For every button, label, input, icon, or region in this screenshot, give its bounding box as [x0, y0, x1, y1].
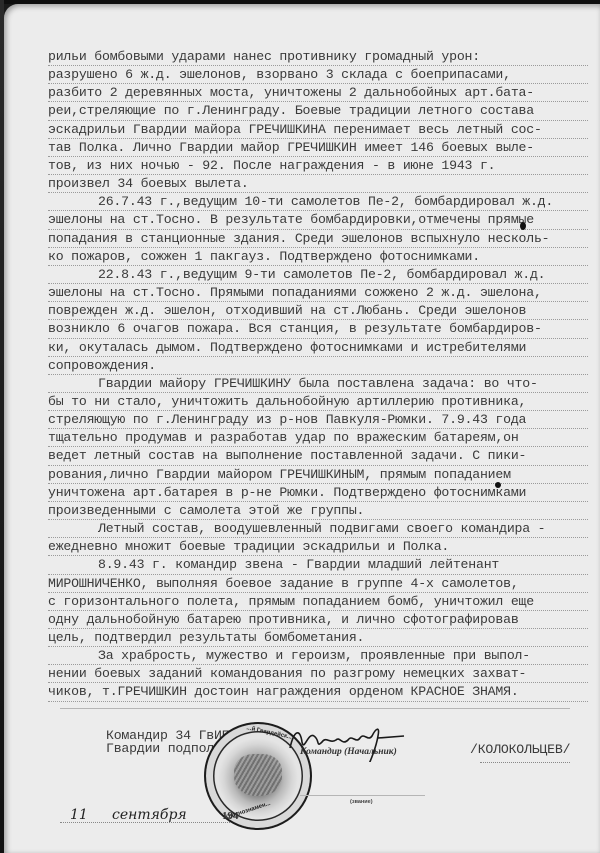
text-line: рильи бомбовыми ударами нанес противнику…	[48, 48, 588, 66]
document-body: рильи бомбовыми ударами нанес противнику…	[48, 48, 588, 702]
text-line: 22.8.43 г.,ведущим 9-ти самолетов Пе-2, …	[48, 266, 588, 284]
text-line: сопровождения.	[48, 357, 588, 375]
text-line: разрушено 6 ж.д. эшелонов, взорвано 3 ск…	[48, 66, 588, 84]
text-line: ки, окуталась дымом. Подтверждено фотосн…	[48, 339, 588, 357]
text-line: тав Полка. Лично Гвардии майор ГРЕЧИШКИН…	[48, 139, 588, 157]
text-line: МИРОШНИЧЕНКО, выполняя боевое задание в …	[48, 575, 588, 593]
text-line: Летный состав, воодушевленный подвигами …	[48, 520, 588, 538]
text-line: произведенными с самолета этой же группы…	[48, 502, 588, 520]
text-line: ежедневно множит боевые традиции эскадри…	[48, 538, 588, 556]
text-line: 26.7.43 г.,ведущим 10-ти самолетов Пе-2,…	[48, 193, 588, 211]
text-line: тщательно продумав и разработав удар по …	[48, 429, 588, 447]
text-line: разбито 2 деревянных моста, уничтожены 2…	[48, 84, 588, 102]
text-line: рования,лично Гвардии майором ГРЕЧИШКИНЫ…	[48, 466, 588, 484]
text-line: нении боевых заданий командования по раз…	[48, 665, 588, 683]
text-line: эшелоны на ст.Тосно. В результате бомбар…	[48, 211, 588, 229]
text-line: стреляющую по г.Ленинграду из р-нов Павк…	[48, 411, 588, 429]
text-line: чиков, т.ГРЕЧИШКИН достоин награждения о…	[48, 683, 588, 701]
document-page: рильи бомбовыми ударами нанес противнику…	[4, 4, 600, 853]
text-line: цель, подтвердил результаты бомбометания…	[48, 629, 588, 647]
text-line: одну дальнобойную батарею противника, и …	[48, 611, 588, 629]
text-line: эскадрильи Гвардии майора ГРЕЧИШКИНА пер…	[48, 121, 588, 139]
text-line: 8.9.43 г. командир звена - Гвардии младш…	[48, 556, 588, 574]
text-line: ко пожаров, сожжен 1 пакгауз. Подтвержде…	[48, 248, 588, 266]
text-line: возникло 6 очагов пожара. Вся станция, в…	[48, 320, 588, 338]
text-line: реи,стреляющие по г.Ленинграду. Боевые т…	[48, 102, 588, 120]
text-line: бы то ни стало, уничтожить дальнобойную …	[48, 393, 588, 411]
text-line: За храбрость, мужество и героизм, проявл…	[48, 647, 588, 665]
text-line: эшелоны на ст.Тосно. Прямыми попаданиями…	[48, 284, 588, 302]
text-line: попадания в станционные здания. Среди эш…	[48, 230, 588, 248]
text-line: Гвардии майору ГРЕЧИШКИНУ была поставлен…	[48, 375, 588, 393]
text-line: уничтожена арт.батарея в р-не Рюмки. Под…	[48, 484, 588, 502]
text-line: с горизонтального полета, прямым попадан…	[48, 593, 588, 611]
text-line: тов, из них ночью - 92. После награждени…	[48, 157, 588, 175]
text-line: ведет летный состав на выполнение постав…	[48, 447, 588, 465]
text-line: поврежден ж.д. эшелон, отходивший на ст.…	[48, 302, 588, 320]
text-line: произвел 34 боевых вылета.	[48, 175, 588, 193]
